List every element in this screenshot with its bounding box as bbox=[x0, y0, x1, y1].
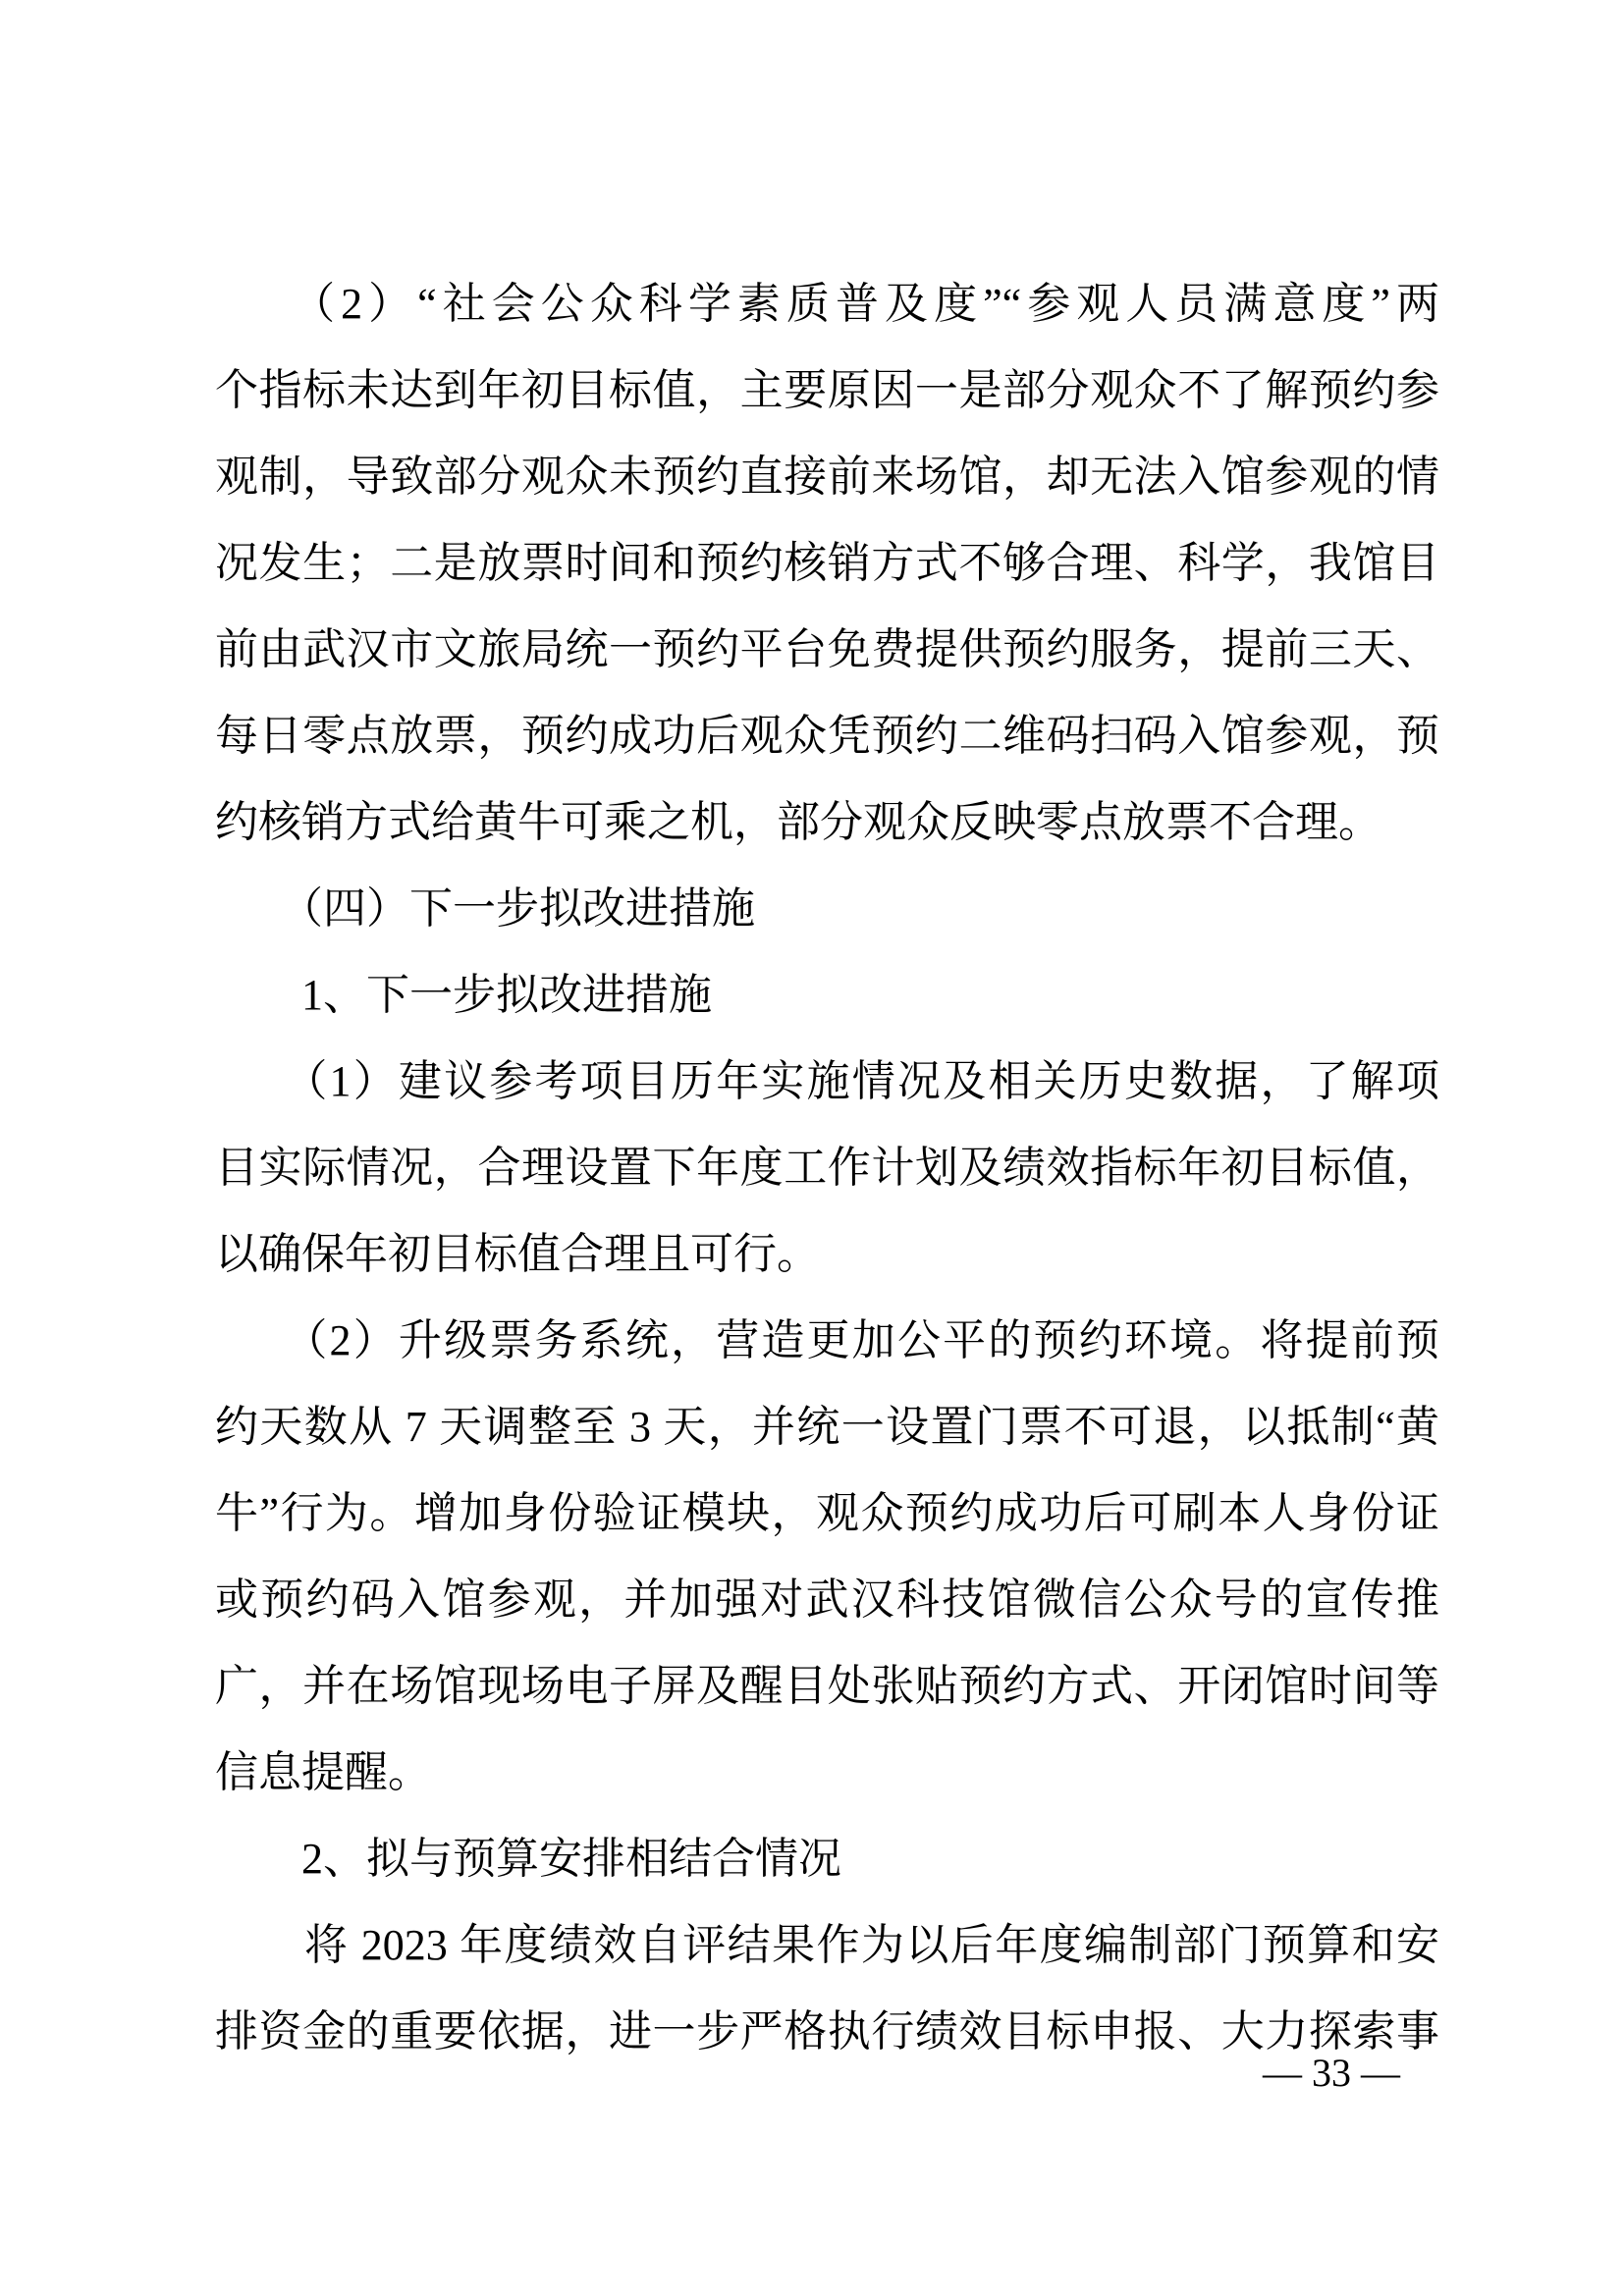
text-line: 以确保年初目标值合理且可行。 bbox=[215, 1211, 1439, 1298]
text-line: 前由武汉市文旅局统一预约平台免费提供预约服务，提前三天、 bbox=[215, 607, 1439, 693]
text-line: 目实际情况，合理设置下年度工作计划及绩效指标年初目标值， bbox=[215, 1125, 1439, 1211]
text-line: 排资金的重要依据，进一步严格执行绩效目标申报、大力探索事 bbox=[215, 1989, 1439, 2075]
document-page: （2）“社会公众科学素质普及度”“参观人员满意度”两 个指标未达到年初目标值，主… bbox=[0, 0, 1624, 2296]
text-line: 将 2023 年度绩效自评结果作为以后年度编制部门预算和安 bbox=[215, 1902, 1439, 1989]
text-line: 或预约码入馆参观，并加强对武汉科技馆微信公众号的宣传推 bbox=[215, 1557, 1439, 1643]
text-line: 信息提醒。 bbox=[215, 1730, 1439, 1816]
text-line: 个指标未达到年初目标值，主要原因一是部分观众不了解预约参 bbox=[215, 347, 1439, 434]
text-line: 况发生；二是放票时间和预约核销方式不够合理、科学，我馆目 bbox=[215, 520, 1439, 607]
section-heading: （四）下一步拟改进措施 bbox=[215, 866, 1439, 952]
sub-heading: 1、下一步拟改进措施 bbox=[215, 952, 1439, 1039]
text-line: 约天数从 7 天调整至 3 天，并统一设置门票不可退，以抵制“黄 bbox=[215, 1384, 1439, 1470]
text-line: 约核销方式给黄牛可乘之机，部分观众反映零点放票不合理。 bbox=[215, 779, 1439, 866]
text-line: （2）升级票务系统，营造更加公平的预约环境。将提前预 bbox=[215, 1298, 1439, 1384]
text-line: 牛”行为。增加身份验证模块，观众预约成功后可刷本人身份证 bbox=[215, 1470, 1439, 1557]
text-line: 观制，导致部分观众未预约直接前来场馆，却无法入馆参观的情 bbox=[215, 434, 1439, 520]
text-line: （1）建议参考项目历年实施情况及相关历史数据，了解项 bbox=[215, 1039, 1439, 1125]
text-line: 每日零点放票，预约成功后观众凭预约二维码扫码入馆参观，预 bbox=[215, 693, 1439, 779]
text-line: 广，并在场馆现场电子屏及醒目处张贴预约方式、开闭馆时间等 bbox=[215, 1643, 1439, 1730]
document-body: （2）“社会公众科学素质普及度”“参观人员满意度”两 个指标未达到年初目标值，主… bbox=[215, 261, 1439, 2075]
sub-heading: 2、拟与预算安排相结合情况 bbox=[215, 1816, 1439, 1902]
page-number: — 33 — bbox=[1263, 2054, 1400, 2093]
text-line: （2）“社会公众科学素质普及度”“参观人员满意度”两 bbox=[215, 261, 1439, 347]
